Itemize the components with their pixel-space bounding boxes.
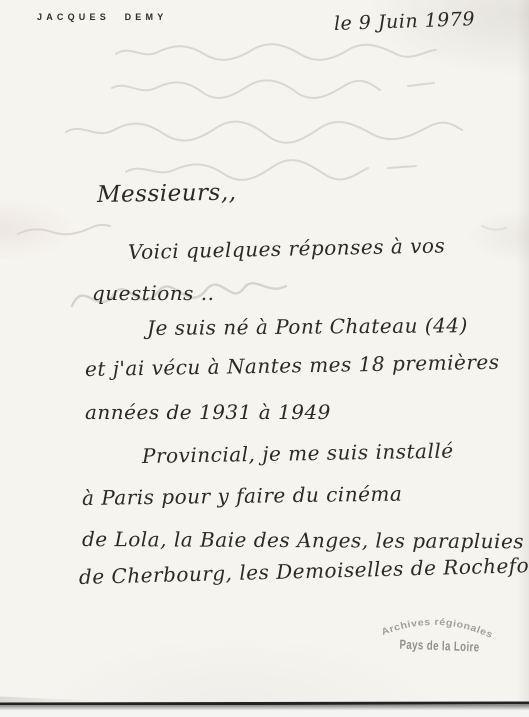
date-line: le 9 Juin 1979 [334, 8, 476, 35]
body-line: Provincial, je me suis installé [142, 439, 454, 468]
body-line: et j'ai vécu à Nantes mes 18 premières [85, 350, 500, 381]
letterhead: JACQUES DEMY [37, 12, 167, 22]
body-line: de Cherbourg, les Demoiselles de Rochefo… [79, 553, 529, 589]
archive-stamp: Archives régionales Pays de la Loire [375, 606, 501, 658]
letter-page: JACQUES DEMY le 9 Juin 1979 Messieurs,, … [0, 0, 529, 717]
scanner-background [0, 705, 529, 717]
salutation: Messieurs,, [97, 180, 237, 208]
body-line: questions .. [92, 281, 214, 305]
body-line: Je suis né à Pont Chateau (44) [147, 313, 468, 340]
body-line: Voici quelques réponses à vos [128, 233, 446, 264]
stamp-main-text: Pays de la Loire [399, 637, 479, 655]
body-line: de Lola, la Baie des Anges, les paraplui… [82, 527, 524, 553]
body-line: années de 1931 à 1949 [85, 400, 331, 424]
body-line: à Paris pour y faire du cinéma [82, 482, 403, 510]
